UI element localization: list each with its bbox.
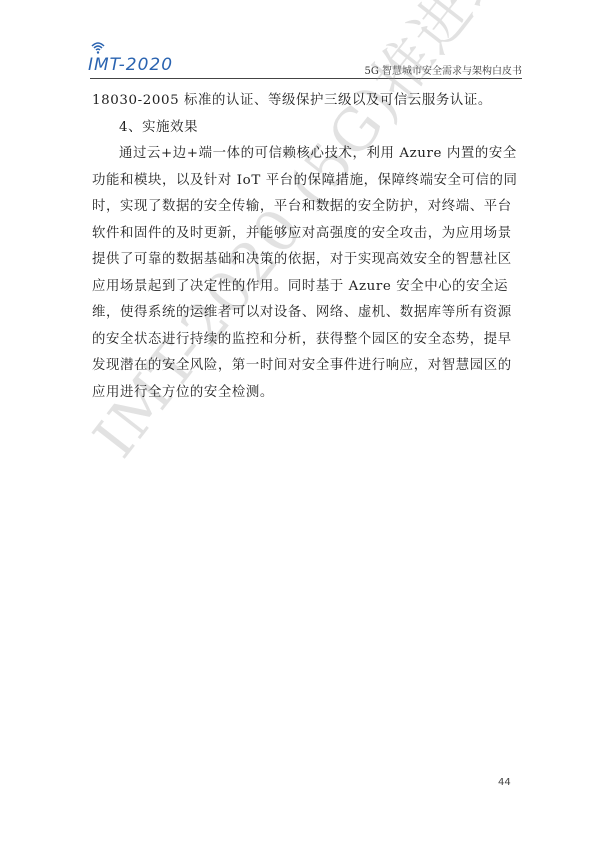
page-body: 18030-2005 标准的认证、等级保护三级以及可信云服务认证。 4、实施效果…: [92, 88, 522, 406]
logo-text: IMT-2020: [88, 56, 173, 74]
section-heading: 4、实施效果: [92, 115, 522, 142]
document-title: 5G 智慧城市安全需求与架构白皮书: [364, 62, 522, 77]
body-paragraph: 通过云+边+端一体的可信赖核心技术，利用 Azure 内置的安全功能和模块，以及…: [92, 141, 522, 406]
signal-icon: [90, 40, 106, 54]
page-number: 44: [498, 777, 511, 788]
imt2020-logo: IMT-2020: [88, 40, 173, 74]
header-divider: [90, 78, 522, 79]
continuation-text: 18030-2005 标准的认证、等级保护三级以及可信云服务认证。: [92, 88, 522, 115]
